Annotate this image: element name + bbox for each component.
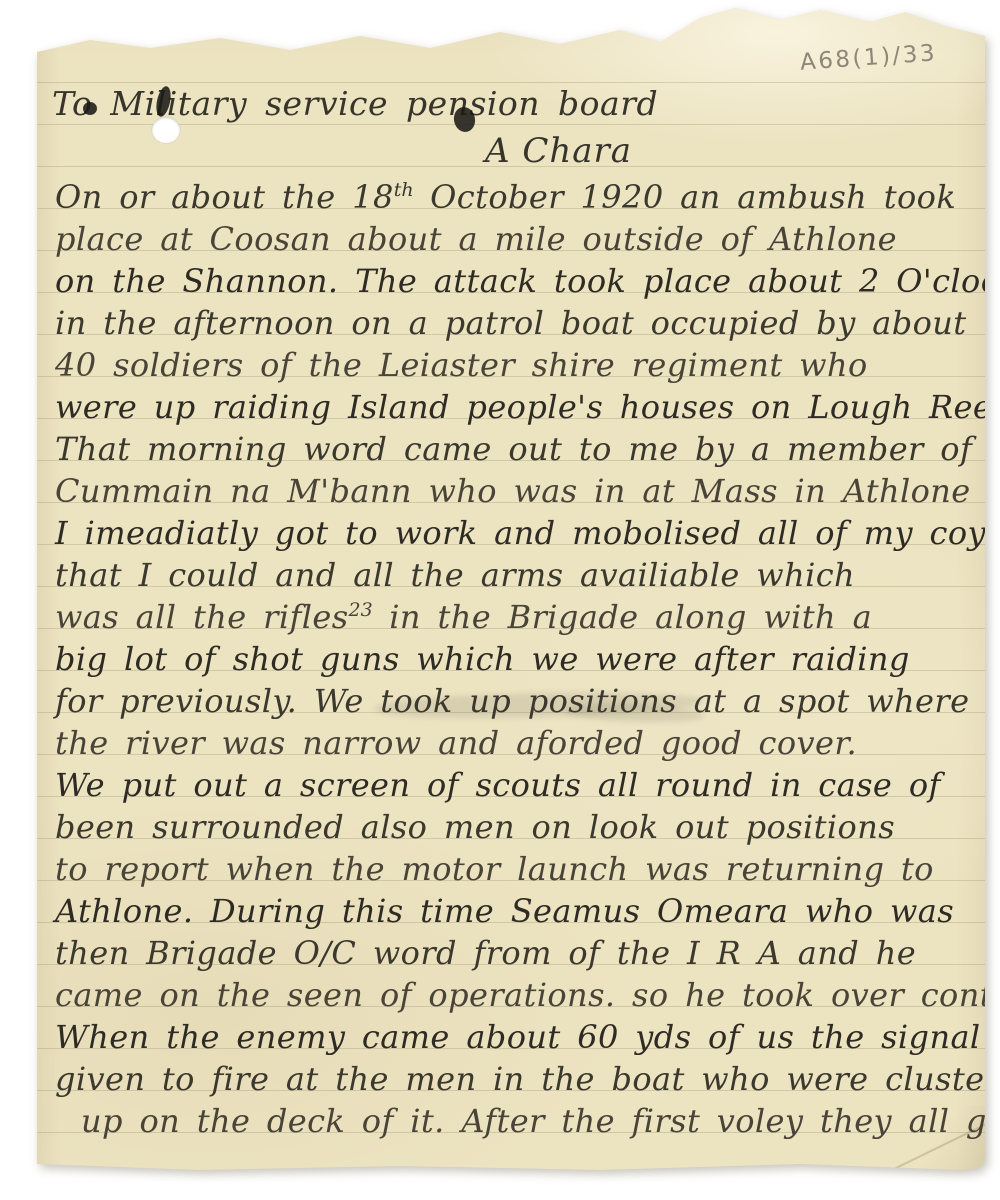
handwritten-line: That morning word came out to me by a me… — [55, 428, 971, 470]
paper-shadow: A68(1)/33 To Military service pension bo… — [37, 8, 985, 1176]
handwritten-line: up on the deck of it. After the first vo… — [55, 1100, 971, 1142]
handwritten-line: place at Coosan about a mile outside of … — [55, 218, 971, 260]
handwritten-line: in the afternoon on a patrol boat occupi… — [55, 302, 971, 344]
line-text: in the Brigade along with a — [373, 598, 872, 636]
handwritten-line: then Brigade O/C word from of the I R A … — [55, 932, 971, 974]
handwritten-line: Athlone. During this time Seamus Omeara … — [55, 890, 971, 932]
handwritten-line: for previously. We took up positions at … — [55, 680, 971, 722]
superscript-insertion: 23 — [349, 599, 373, 621]
handwritten-line: I imeadiatly got to work and mobolised a… — [55, 512, 971, 554]
scanned-letter-page: A68(1)/33 To Military service pension bo… — [0, 0, 1000, 1200]
line-text: On or about the 18 — [55, 178, 394, 216]
archive-reference-number: A68(1)/33 — [799, 40, 938, 76]
salutation: A Chara — [485, 131, 632, 171]
handwritten-line: On or about the 18th October 1920 an amb… — [55, 176, 971, 218]
handwritten-line: that I could and all the arms availiable… — [55, 554, 971, 596]
line-text: was all the rifles — [55, 598, 349, 636]
letter-paper: A68(1)/33 To Military service pension bo… — [37, 8, 985, 1176]
handwritten-line: were up raiding Island people's houses o… — [55, 386, 971, 428]
handwritten-line: was all the rifles23 in the Brigade alon… — [55, 596, 971, 638]
handwritten-line: the river was narrow and aforded good co… — [55, 722, 971, 764]
handwritten-line: came on the seen of operations. so he to… — [55, 974, 971, 1016]
handwritten-line: on the Shannon. The attack took place ab… — [55, 260, 971, 302]
handwritten-line: been surrounded also men on look out pos… — [55, 806, 971, 848]
handwritten-line: big lot of shot guns which we were after… — [55, 638, 971, 680]
hole-punch — [152, 117, 180, 143]
superscript-insertion: th — [394, 179, 414, 201]
handwritten-line: When the enemy came about 60 yds of us t… — [55, 1016, 971, 1058]
handwritten-line: given to fire at the men in the boat who… — [55, 1058, 971, 1100]
line-text: October 1920 an ambush took — [414, 178, 957, 216]
handwritten-line: Cummain na M'bann who was in at Mass in … — [55, 470, 971, 512]
handwritten-line: We put out a screen of scouts all round … — [55, 764, 971, 806]
ink-blot — [83, 102, 97, 115]
handwritten-line: to report when the motor launch was retu… — [55, 848, 971, 890]
handwritten-line: 40 soldiers of the Leiaster shire regime… — [55, 344, 971, 386]
addressee-line: To Military service pension board — [52, 84, 658, 123]
letter-body: On or about the 18th October 1920 an amb… — [55, 176, 971, 1142]
